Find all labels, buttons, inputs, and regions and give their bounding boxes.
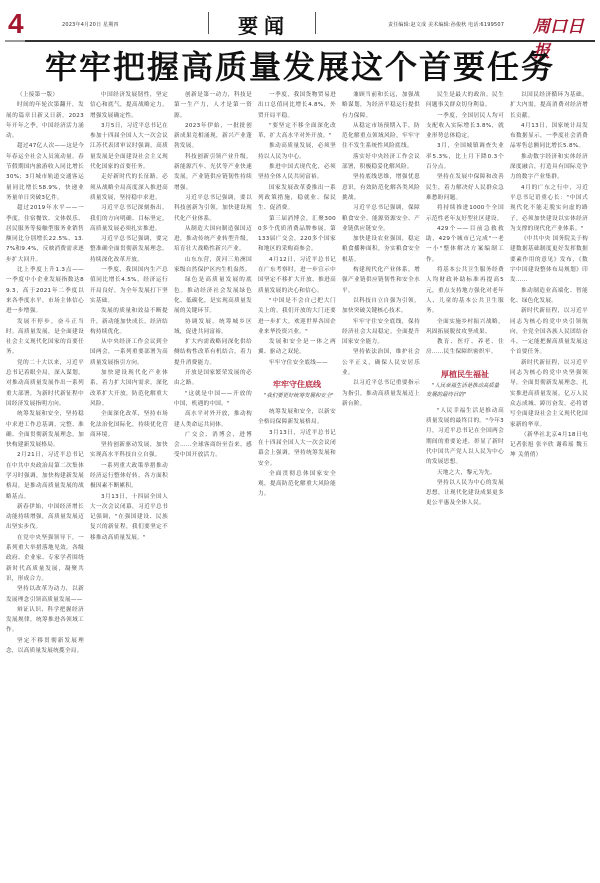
- paragraph: 习近平总书记深刻指出，我们的方向明确、目标坚定，高质量发展必须扎实推进。: [90, 203, 168, 234]
- article-column-2: 中国经济发展韧性，坚定信心和底气，提高战略定力，增强发展确定性。3月5日，习近平…: [90, 90, 168, 880]
- paragraph: 坚持以人民为中心的发展思想，让现代化建设成果更多更公平惠及全体人民。: [426, 478, 504, 509]
- article-column-6: 民生是最大的政治。民生问题事关群众切身利益。一季度，全国居民人均可支配收入实际增…: [426, 90, 504, 880]
- paragraph: 走好新时代的长征路，必须从战略全局高度深入推进高质量发展，坚持稳中求进。: [90, 172, 168, 203]
- article-byline: （新华社北京4月18日电 记者张旭 张辛欣 谢希瑶 魏玉坤 关俏俏）: [510, 430, 588, 461]
- paragraph: 党的二十大以来，习近平总书记着眼全局，深入谋划，对推动高质量发展作出一系列重大部…: [6, 358, 84, 409]
- paragraph: 第三届消博会，汇聚3000多个优质消费品牌参展。第133届广交会，220多个国家…: [258, 214, 336, 255]
- paragraph: 牢牢守住安全底线，保持经济社会大局稳定，全面提升国家安全能力。: [342, 317, 420, 348]
- paragraph: 推进中国式现代化，必须坚持全体人民共同富裕。: [258, 162, 336, 183]
- paragraph: 从中央经济工作会议到全国两会，一系列重要部署为高质量发展指引方向。: [90, 337, 168, 368]
- paragraph: 超过47亿人次——这是今年春运全社会人员流动量。春节假期国内旅游收入同比增长30…: [6, 141, 84, 203]
- paragraph: 坚持依法治国，维护社会公平正义，确保人民安居乐业。: [342, 347, 420, 378]
- section-subheading: 厚植民生福祉: [426, 368, 504, 380]
- paragraph: 《中共中央 国务院关于构建数据基础制度更好发挥数据要素作用的意见》发布，《数字中…: [510, 234, 588, 285]
- paragraph: 2023年伊始，一批批创新成果竞相涌现，新兴产业蓬勃发展。: [174, 121, 252, 152]
- paragraph: 坚持创新驱动发展，加快实现高水平科技自立自强。: [90, 440, 168, 461]
- editor-credits: 责任编辑:赵文成 美术编辑:孙俊秋 电话:6199507: [388, 21, 504, 28]
- paragraph: 在党中央坚强领导下，一系列重大举措落地见效。各级政府、企业家、专家学者围绕新时代…: [6, 533, 84, 584]
- paragraph: 创新是第一动力，科技是第一生产力，人才是第一资源。: [174, 90, 252, 121]
- subheading-quote: "我们要更好统筹发展和安全": [258, 392, 336, 401]
- paragraph: 4月的广东之行中，习近平总书记语重心长："中国式现代化不能走脱实向虚的路子，必须…: [510, 183, 588, 234]
- paragraph: 统筹发展和安全，以新安全格局保障新发展格局。: [258, 407, 336, 428]
- paragraph: 2月21日，习近平总书记在中共中央政治局第二次集体学习时强调，加快构建新发展格局…: [6, 450, 84, 501]
- paragraph: 以习近平总书记重要指示为指引，推动高质量发展迈上新台阶。: [342, 378, 420, 409]
- paragraph: 4月13日，国家统计局发布数据显示，一季度社会消费品零售总额同比增长5.8%。: [510, 121, 588, 152]
- paragraph: "中国是不会自己把大门关上的。我们开放的大门还要进一步扩大，欢迎世界各国企业来华…: [258, 296, 336, 337]
- paragraph: 坚持以改革为动力，以新发展理念引领高质量发展——: [6, 584, 84, 605]
- paragraph: 一季度，我国货物贸易进出口总值同比增长4.8%，外贸开局平稳。: [258, 90, 336, 121]
- paragraph: 3月5日，习近平总书记在参加十四届全国人大一次会议江苏代表团审议时强调，高质量发…: [90, 121, 168, 172]
- paragraph: 牢牢守住安全底线——: [258, 358, 336, 368]
- paragraph: 3月，全国城镇调查失业率5.3%，比上月下降0.3个百分点。: [426, 141, 504, 172]
- paragraph: 比上季度上升1.3点——一季度中小企业发展指数达89.3，高于2021年二季度以…: [6, 265, 84, 316]
- paragraph: 坚定不移贯彻新发展理念，以高质量发展统揽全局。: [6, 636, 84, 657]
- paragraph: 广交会、消博会、进博会……全球客商纷至沓来，感受中国开放活力。: [174, 430, 252, 461]
- headline: 牢牢把握高质量发展这个首要任务: [0, 46, 600, 88]
- paragraph: 习近平总书记强调，保障粮食安全、能源资源安全、产业链供应链安全。: [342, 203, 420, 234]
- paragraph: 以国民经济循环为基础，扩大内需，提高消费对经济增长贡献。: [510, 90, 588, 121]
- paragraph: 以科技自立自强为引领，加快突破关键核心技术。: [342, 296, 420, 317]
- paragraph: 习近平总书记强调，要完整准确全面贯彻新发展理念，持续深化改革开放。: [90, 234, 168, 265]
- paragraph: 协调发展，统筹城乡区域，促进共同富裕。: [174, 317, 252, 338]
- paragraph: 全面实施乡村振兴战略，巩固拓展脱贫攻坚成果。: [426, 317, 504, 338]
- paragraph: 教育、医疗、养老、住房……民生保障织密织牢。: [426, 337, 504, 358]
- paragraph: 将持续推进1000个全国示范性老年友好型社区建设。: [426, 203, 504, 224]
- paragraph: （上接第一版）: [6, 90, 84, 100]
- paragraph: 3月13日，习近平总书记在十四届全国人大一次会议闭幕会上强调，坚持统筹发展和安全…: [258, 428, 336, 469]
- paragraph: 扩大内需战略同深化供给侧结构性改革有机结合，着力提升消费能力。: [174, 337, 252, 368]
- paragraph: 发展不停步，奋斗正当时。高质量发展，是全面建设社会主义现代化国家的首要任务。: [6, 317, 84, 358]
- section-title: 要闻: [238, 10, 290, 39]
- paragraph: 发展的质量和效益不断提升，新动能加快成长，经济结构持续优化。: [90, 306, 168, 337]
- paragraph: 中国经济发展韧性，坚定信心和底气，提高战略定力，增强发展确定性。: [90, 90, 168, 121]
- paragraph: 4月12日，习近平总书记在广东考察时，进一步宣示中国坚定不移扩大开放、推进高质量…: [258, 255, 336, 296]
- paragraph: 一季度，我国国内生产总值同比增长4.5%，经济运行开局良好，为全年发展打下坚实基…: [90, 265, 168, 306]
- paragraph: 天地之大，黎元为先。: [426, 468, 504, 478]
- subheading-quote: "人民幸福生活是推动高质量发展的最终目的": [426, 382, 504, 400]
- article-column-3: 创新是第一动力，科技是第一生产力，人才是第一资源。2023年伊始，一批批创新成果…: [174, 90, 252, 880]
- paragraph: 山东东营，黄河三角洲国家级自然保护区内生机盎然。: [174, 255, 252, 276]
- paragraph: 429个——目前急救救助，429个城市已完成"一老一小"整体解决方案编制工作。: [426, 224, 504, 265]
- paragraph: 坚持底线思维，增强忧患意识，有效防范化解各类风险挑战。: [342, 172, 420, 203]
- paragraph: 国家发展改革委推出一系列政策措施，稳就业、保民生、促消费。: [258, 183, 336, 214]
- article-column-1: （上接第一版）时间的年轮次第翻开，发展的篇章日新又日新。2023年开年之季，中国…: [6, 90, 84, 880]
- paragraph: 新时代新征程，以习近平同志为核心的党中央坚强领导，全面贯彻新发展理念，扎实推进高…: [510, 358, 588, 430]
- paragraph: "这就是中国——开放的中国，机遇的中国。": [174, 389, 252, 410]
- paragraph: "人民幸福生活是推动高质量发展的最终目的。"今年3月，习近平总书记在全国两会期间…: [426, 406, 504, 468]
- paragraph: 辩证认识、科学把握经济发展规律，统筹推进各领域工作。: [6, 605, 84, 636]
- masthead: 4 2023年4月20日 星期四 要闻 责任编辑:赵文成 美术编辑:孙俊秋 电话…: [0, 0, 600, 44]
- paragraph: 一季度，全国居民人均可支配收入实际增长3.8%，就业形势总体稳定。: [426, 111, 504, 142]
- divider: [315, 12, 316, 34]
- page-number: 4: [8, 10, 24, 38]
- paragraph: 新春伊始，中国经济增长动能持续增强，高质量发展迈出坚实步伐。: [6, 502, 84, 533]
- paragraph: 新时代新征程，以习近平同志为核心的党中央引领航向，全党全国各族人民团结奋斗，一定…: [510, 306, 588, 357]
- paragraph: 3月13日，十四届全国人大一次会议闭幕，习近平总书记强调，"在强国建设、民族复兴…: [90, 492, 168, 543]
- header-rule-accent: [5, 40, 25, 42]
- paragraph: 推动高质量发展，必须坚持以人民为中心。: [258, 141, 336, 162]
- issue-date: 2023年4月20日 星期四: [62, 21, 119, 28]
- paragraph: 发展和安全是一体之两翼、驱动之双轮。: [258, 337, 336, 358]
- section-subheading: 牢牢守住底线: [258, 378, 336, 390]
- paragraph: 全面贯彻总体国家安全观，提高防范化解重大风险能力。: [258, 469, 336, 500]
- paragraph: 民生是最大的政治。民生问题事关群众切身利益。: [426, 90, 504, 111]
- paragraph: 时间的年轮次第翻开，发展的篇章日新又日新。2023年开年之季，中国经济活力涌动。: [6, 100, 84, 141]
- paragraph: 超过2019年水平——一季度，住宿餐饮、文体娱乐、居民服务等接触型服务业销售额同…: [6, 203, 84, 265]
- article-body: （上接第一版）时间的年轮次第翻开，发展的篇章日新又日新。2023年开年之季，中国…: [6, 90, 596, 880]
- paragraph: 习近平总书记强调，要以科技创新为引领，加快建设现代化产业体系。: [174, 193, 252, 224]
- paragraph: 构建现代化产业体系，增强产业链供应链韧性和安全水平。: [342, 265, 420, 296]
- divider: [208, 12, 209, 34]
- header-rule: [5, 40, 595, 42]
- paragraph: 从稳定市场预期入手，防范化解重点领域风险，牢牢守住不发生系统性风险底线。: [342, 121, 420, 152]
- paragraph: 坚持在发展中保障和改善民生，着力解决好人民群众急难愁盼问题。: [426, 172, 504, 203]
- article-column-5: 兼顾当前和长远，加强战略谋划，为经济平稳运行提供有力保障。从稳定市场预期入手，防…: [342, 90, 420, 880]
- paragraph: 统筹发展和安全，坚持稳中求进工作总基调，完整、准确、全面贯彻新发展理念，加快构建…: [6, 409, 84, 450]
- paragraph: 高水平对外开放，推动构建人类命运共同体。: [174, 409, 252, 430]
- paragraph: 科技创新引领产业升级，新能源汽车、光伏等产业快速发展，产业链供应链韧性持续增强。: [174, 152, 252, 193]
- paragraph: 加快建设农业强国，稳定粮食播种面积，夯实粮食安全根基。: [342, 234, 420, 265]
- paragraph: 从制造大国向制造强国迈进，推动传统产业转型升级，培育壮大战略性新兴产业。: [174, 224, 252, 255]
- article-column-7: 以国民经济循环为基础，扩大内需，提高消费对经济增长贡献。4月13日，国家统计局发…: [510, 90, 588, 880]
- paragraph: 推动制造业高端化、智能化、绿色化发展。: [510, 286, 588, 307]
- paragraph: 落实好中央经济工作会议部署，积极稳妥化解风险。: [342, 152, 420, 173]
- paragraph: 绿色是高质量发展的底色。推动经济社会发展绿色化、低碳化，是实现高质量发展的关键环…: [174, 275, 252, 316]
- paragraph: 将基本公共卫生服务经费人均财政补助标准再提高5元，重点支持地方强化对老年人、儿童…: [426, 265, 504, 316]
- paragraph: "要坚定不移全面深化改革，扩大高水平对外开放。": [258, 121, 336, 142]
- paragraph: 兼顾当前和长远，加强战略谋划，为经济平稳运行提供有力保障。: [342, 90, 420, 121]
- paragraph: 加快建设现代化产业体系，着力扩大国内需求，深化改革扩大开放，防范化解重大风险。: [90, 368, 168, 409]
- paragraph: 开放是国家繁荣发展的必由之路。: [174, 368, 252, 389]
- paragraph: 全面深化改革，坚持市场化法治化国际化，持续优化营商环境。: [90, 409, 168, 440]
- paragraph: 一系列重大政策举措推动经济运行整体好转，各方面积极因素不断累积。: [90, 461, 168, 492]
- article-column-4: 一季度，我国货物贸易进出口总值同比增长4.8%，外贸开局平稳。"要坚定不移全面深…: [258, 90, 336, 880]
- paragraph: 推动数字经济和实体经济深度融合，打造具有国际竞争力的数字产业集群。: [510, 152, 588, 183]
